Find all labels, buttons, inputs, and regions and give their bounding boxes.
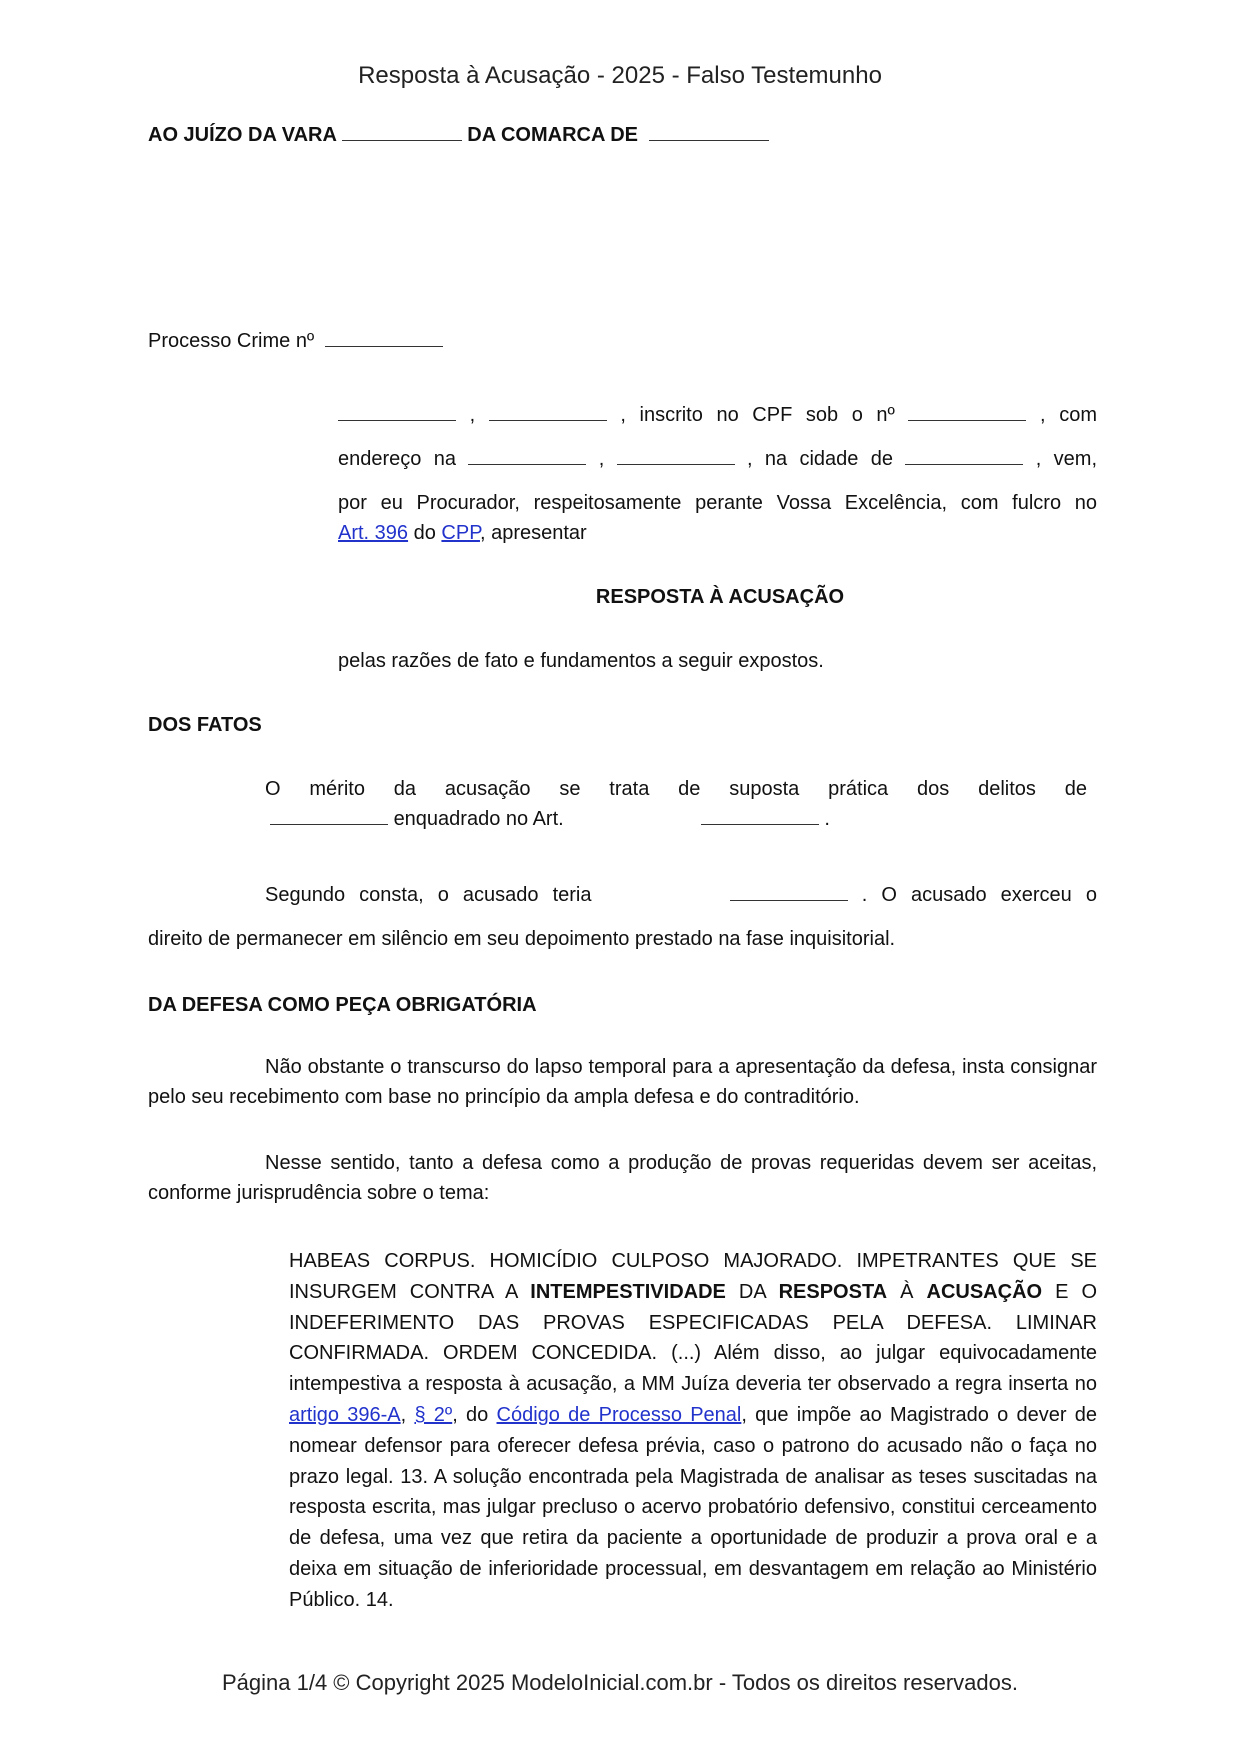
name-blank (338, 400, 456, 421)
intro-line-4: Art. 396 do CPP, apresentar (338, 518, 587, 548)
facts-p2-line-1: Segundo consta, o acusado teria . O acus… (265, 880, 1097, 910)
quote-text: , do (452, 1404, 496, 1426)
intro-text: vem, (1054, 448, 1097, 470)
defense-paragraph-2: Nesse sentido, tanto a defesa como a pro… (148, 1148, 1097, 1208)
quote-bold: ACUSAÇÃO (927, 1281, 1043, 1303)
facts-text: Segundo consta, o acusado teria (265, 884, 591, 906)
quote-bold: INTEMPESTIVIDADE (530, 1281, 726, 1303)
address-text-2: DA COMARCA DE (467, 124, 638, 146)
quote-text: , (401, 1404, 415, 1426)
intro-text: endereço na (338, 448, 456, 470)
intro-text: , apresentar (480, 522, 587, 544)
defense-paragraph-1: Não obstante o transcurso do lapso tempo… (148, 1052, 1097, 1112)
process-label: Processo Crime nº (148, 330, 314, 352)
quote-text: À (887, 1281, 926, 1303)
cpf-blank (908, 400, 1026, 421)
facts-text: . O acusado exerceu o (862, 884, 1097, 906)
address-blank (468, 444, 586, 465)
city-blank (905, 444, 1023, 465)
facts-p2-line-2: direito de permanecer em silêncio em seu… (148, 924, 895, 954)
document-header-title: Resposta à Acusação - 2025 - Falso Teste… (0, 62, 1240, 90)
page-footer: Página 1/4 © Copyright 2025 ModeloInicia… (0, 1670, 1240, 1696)
intro-text: do (414, 522, 436, 544)
process-blank (325, 326, 443, 347)
section-heading-facts: DOS FATOS (148, 710, 262, 740)
jurisprudence-quote: HABEAS CORPUS. HOMICÍDIO CULPOSO MAJORAD… (289, 1246, 1097, 1616)
process-number: Processo Crime nº (148, 326, 443, 356)
vara-blank (342, 120, 462, 141)
paragraph-2-link[interactable]: § 2º (414, 1404, 452, 1426)
facts-text: enquadrado no Art. (394, 808, 564, 830)
cpp-full-link[interactable]: Código de Processo Penal (497, 1404, 742, 1426)
facts-line-2: enquadrado no Art. . (270, 804, 830, 834)
qualification-blank (489, 400, 607, 421)
document-title: RESPOSTA À ACUSAÇÃO (0, 582, 1240, 612)
address-number-blank (617, 444, 735, 465)
section-heading-defense: DA DEFESA COMO PEÇA OBRIGATÓRIA (148, 990, 537, 1020)
article-blank (701, 804, 819, 825)
quote-text: DA (726, 1281, 779, 1303)
quote-bold: RESPOSTA (779, 1281, 888, 1303)
intro-text: na cidade de (765, 448, 893, 470)
quote-text: , que impõe ao Magistrado o dever de nom… (289, 1404, 1097, 1611)
facts-text: . (824, 808, 830, 830)
intro-line-3: por eu Procurador, respeitosamente peran… (338, 488, 1097, 518)
cpp-link[interactable]: CPP (441, 522, 480, 544)
artigo-396a-link[interactable]: artigo 396-A (289, 1404, 401, 1426)
intro-line-2: endereço na , , na cidade de , vem, (338, 444, 1097, 474)
address-text: AO JUÍZO DA VARA (148, 124, 336, 146)
facts-line-1: O mérito da acusação se trata de suposta… (265, 774, 1087, 804)
intro-text: com (1059, 404, 1097, 426)
crime-blank (270, 804, 388, 825)
art-396-link[interactable]: Art. 396 (338, 522, 408, 544)
comarca-blank (649, 120, 769, 141)
intro-text: inscrito no CPF sob o nº (640, 404, 895, 426)
reasons-text: pelas razões de fato e fundamentos a seg… (338, 646, 824, 676)
conduct-blank (730, 880, 848, 901)
court-address: AO JUÍZO DA VARA DA COMARCA DE (148, 120, 769, 150)
intro-line-1: , , inscrito no CPF sob o nº , com (338, 400, 1097, 430)
